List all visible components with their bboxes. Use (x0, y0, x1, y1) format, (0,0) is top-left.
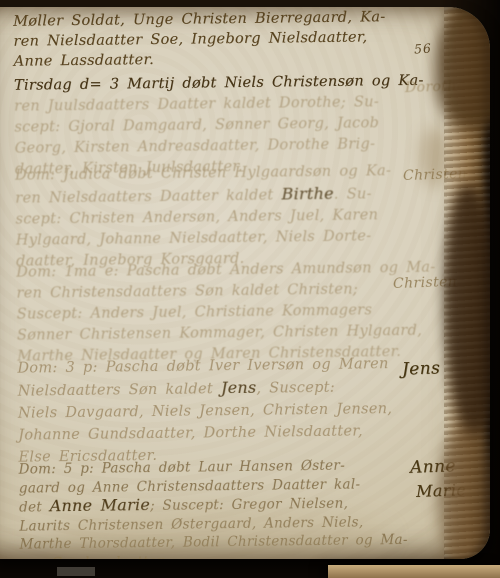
baptism-entry-jens: Dom: 3 p: Pascha døbt Iver Iversøn og Ma… (17, 353, 393, 469)
child-name-highlight: Anne Marie (50, 495, 151, 515)
text-segment: ; Suscept: Gregor Nielsen, (150, 496, 348, 514)
text-segment: Nielsdaatters Søn kaldet (18, 381, 221, 399)
baptism-entry-continuation: Møller Soldat, Unge Christen Bierregaard… (13, 7, 386, 72)
text-segment: ren Nielsdaatters Daatter kaldet (15, 187, 281, 206)
handwritten-line: Anne Lassdaatter. (14, 47, 386, 72)
register-page: Møller Soldat, Unge Christen Bierregaard… (0, 7, 490, 559)
child-name-highlight: Birthe (281, 184, 334, 204)
table-surface-edge (328, 565, 500, 578)
text-segment: , Suscept: (256, 380, 335, 397)
baptism-entry-christen: Dom: 1ma e: Pascha døbt Anders Amundsøn … (16, 258, 437, 368)
text-segment: . Su- (334, 186, 372, 202)
baptism-entry-birthe: Dom: Judica døbt Christen Hylgaardsøn og… (15, 161, 392, 273)
background-notch (57, 567, 95, 576)
baptism-entry-anne-marie: Dom: 5 p: Pascha døbt Laur Hansen Øster-… (19, 456, 409, 559)
text-segment: det (19, 499, 50, 515)
photographed-church-book-page: Møller Soldat, Unge Christen Bierregaard… (0, 0, 500, 578)
book-leaf-edges (444, 7, 490, 559)
margin-child-name-jens: Jens (402, 358, 441, 379)
child-name-highlight: Jens (221, 378, 257, 397)
page-number: 56 (413, 40, 432, 56)
